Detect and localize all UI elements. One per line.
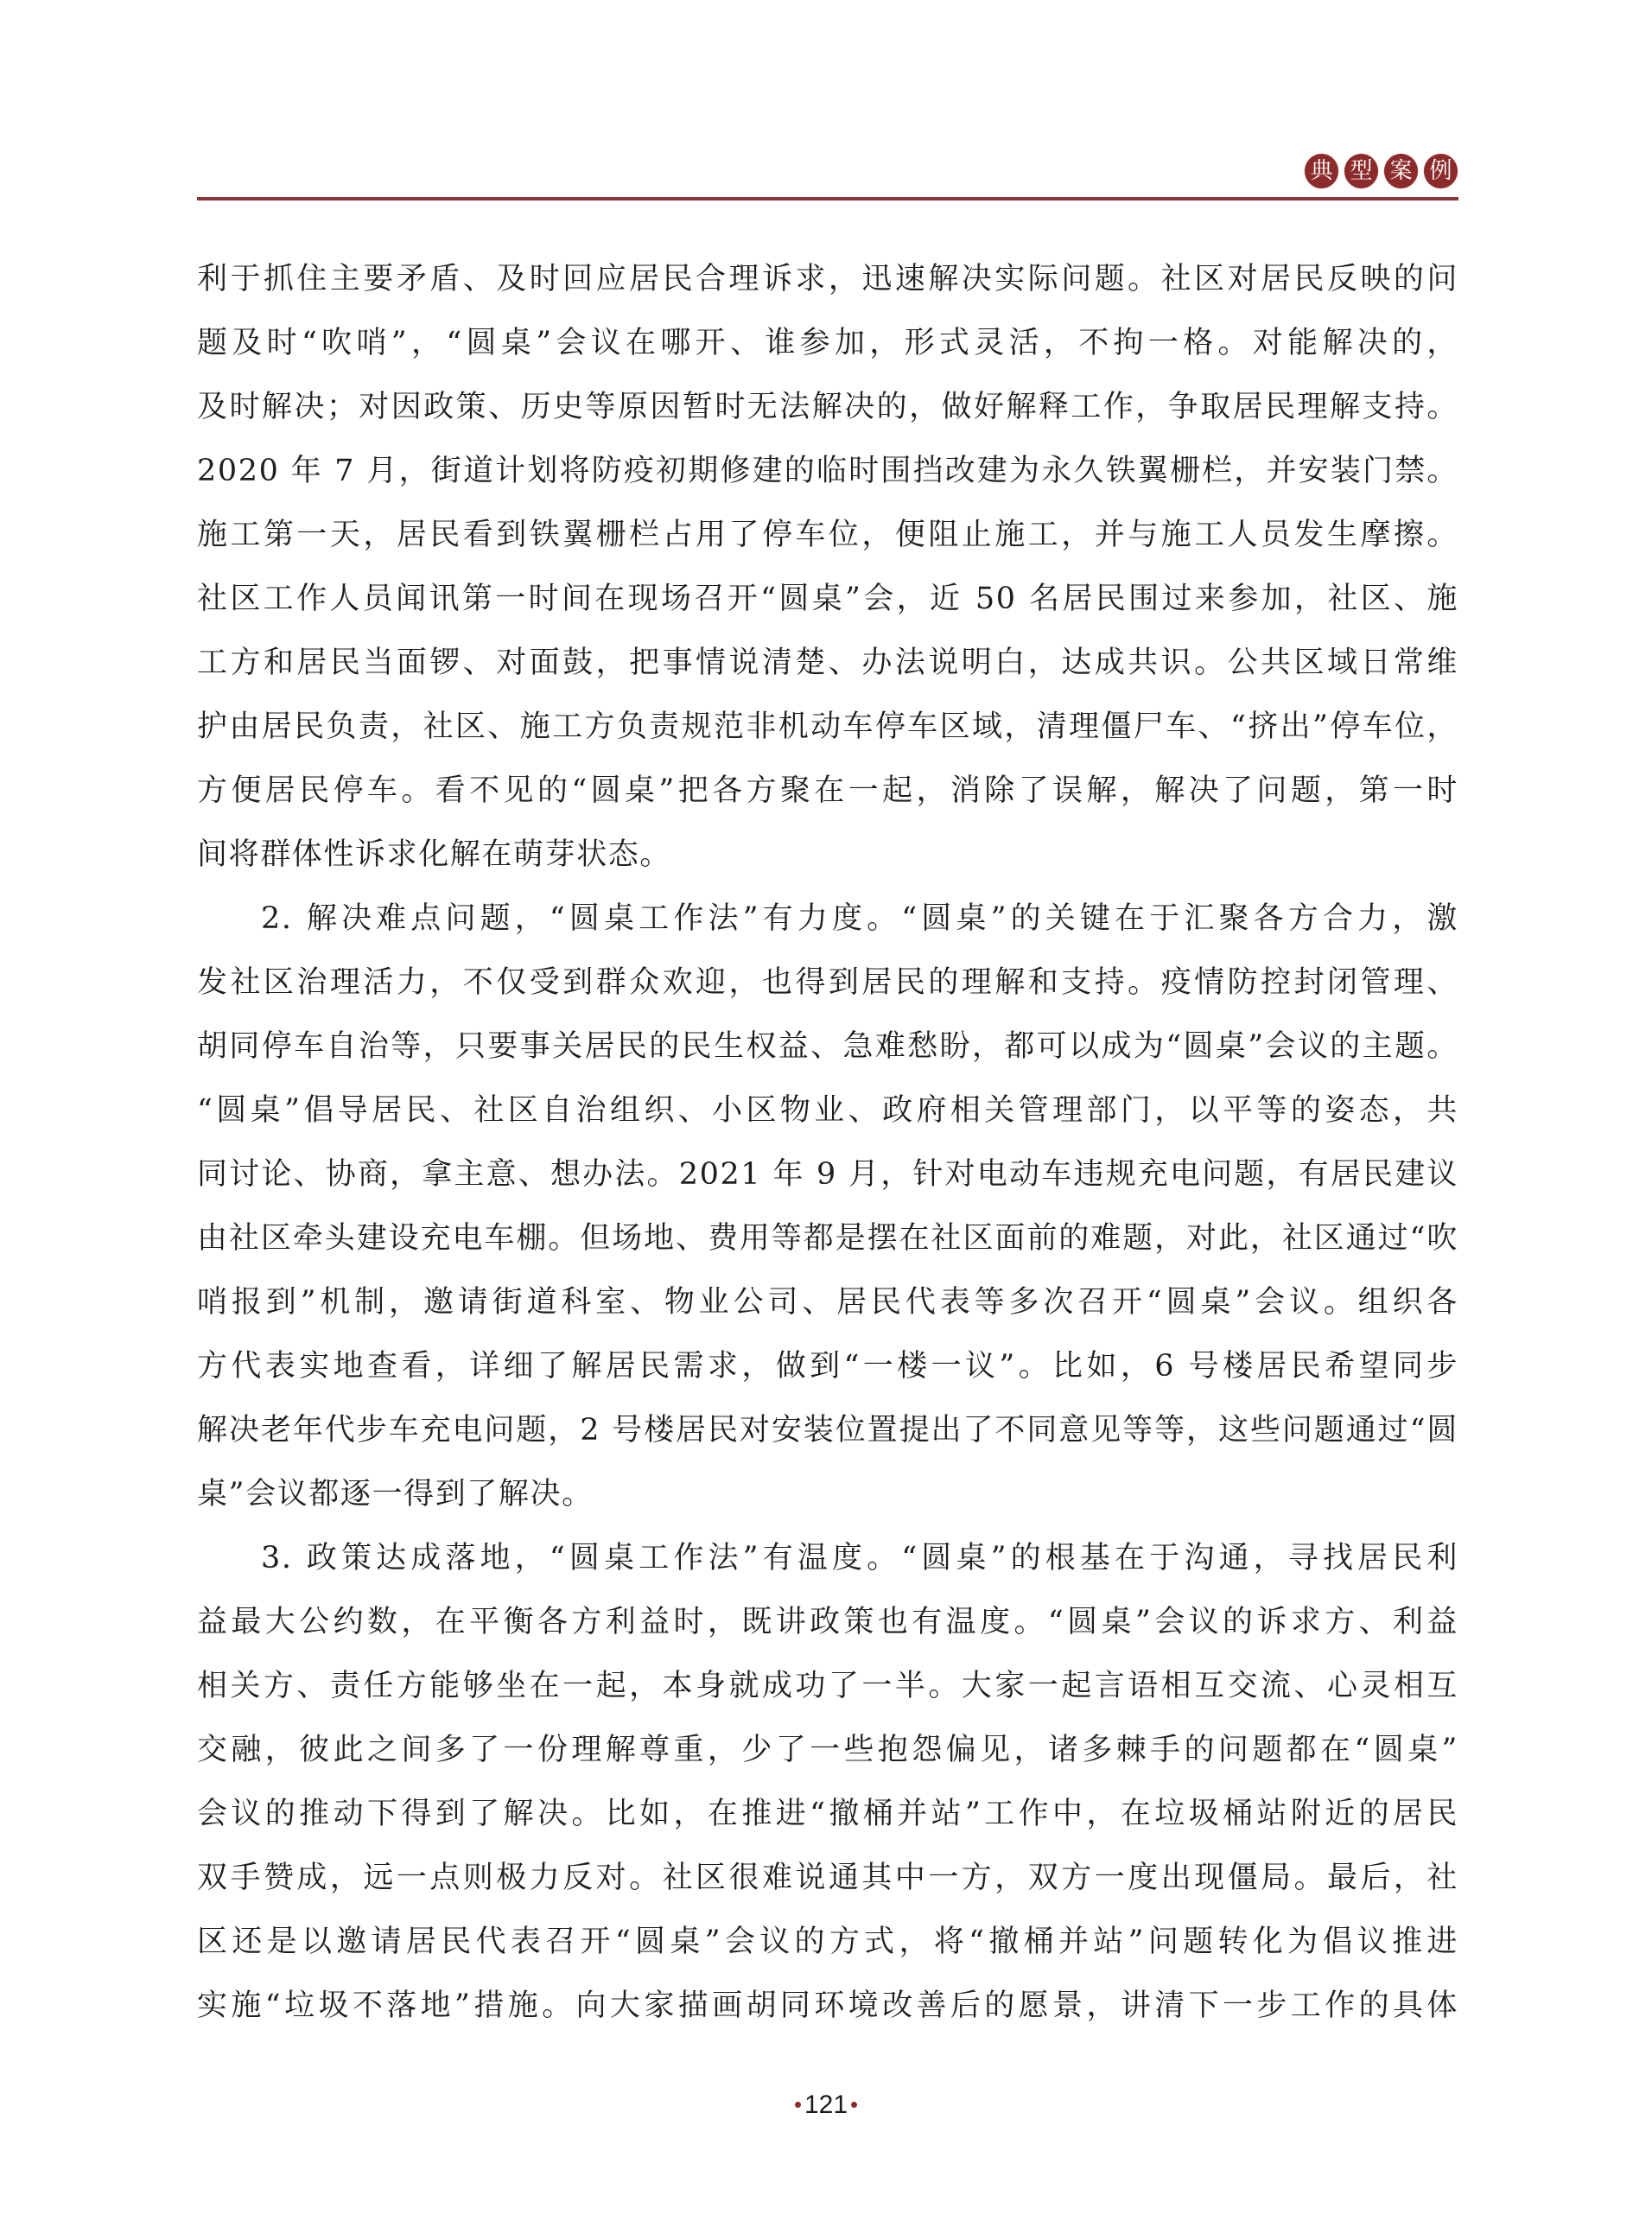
section-badge-char: 例 — [1424, 154, 1458, 188]
text-line: 2. 解决难点问题，“圆桌工作法”有力度。“圆桌”的关键在于汇聚各方合力，激 — [197, 887, 1458, 951]
bullet-dot-icon — [795, 2102, 801, 2108]
bullet-dot-icon — [851, 2102, 857, 2108]
section-title-badges: 典 型 案 例 — [1305, 154, 1458, 188]
text-line: 解决老年代步车充电问题，2 号楼居民对安装位置提出了不同意见等等，这些问题通过“… — [197, 1398, 1458, 1462]
section-badge-char: 典 — [1305, 154, 1338, 188]
text-line: 益最大公约数，在平衡各方利益时，既讲政策也有温度。“圆桌”会议的诉求方、利益 — [197, 1590, 1458, 1654]
text-line: 题及时“吹哨”，“圆桌”会议在哪开、谁参加，形式灵活，不拘一格。对能解决的， — [197, 311, 1458, 375]
text-line: 同讨论、协商，拿主意、想办法。2021 年 9 月，针对电动车违规充电问题，有居… — [197, 1142, 1458, 1206]
paragraph-1: 利于抓住主要矛盾、及时回应居民合理诉求，迅速解决实际问题。社区对居民反映的问 题… — [197, 247, 1458, 887]
text-line: 方便居民停车。看不见的“圆桌”把各方聚在一起，消除了误解，解决了问题，第一时 — [197, 759, 1458, 823]
paragraph-2: 2. 解决难点问题，“圆桌工作法”有力度。“圆桌”的关键在于汇聚各方合力，激 发… — [197, 887, 1458, 1526]
text-line: 间将群体性诉求化解在萌芽状态。 — [197, 823, 1458, 887]
text-line: 区还是以邀请居民代表召开“圆桌”会议的方式，将“撤桶并站”问题转化为倡议推进 — [197, 1910, 1458, 1974]
section-badge-char: 案 — [1384, 154, 1418, 188]
paragraph-3: 3. 政策达成落地，“圆桌工作法”有温度。“圆桌”的根基在于沟通，寻找居民利 益… — [197, 1526, 1458, 2038]
text-line: 双手赞成，远一点则极力反对。社区很难说通其中一方，双方一度出现僵局。最后，社 — [197, 1846, 1458, 1910]
text-line: 由社区牵头建设充电车棚。但场地、费用等都是摆在社区面前的难题，对此，社区通过“吹 — [197, 1206, 1458, 1270]
text-line: 施工第一天，居民看到铁翼栅栏占用了停车位，便阻止施工，并与施工人员发生摩擦。 — [197, 503, 1458, 567]
text-line: 实施“垃圾不落地”措施。向大家描画胡同环境改善后的愿景，讲清下一步工作的具体 — [197, 1974, 1458, 2038]
text-line: 方代表实地查看，详细了解居民需求，做到“一楼一议”。比如，6 号楼居民希望同步 — [197, 1334, 1458, 1398]
text-line: 交融，彼此之间多了一份理解尊重，少了一些抱怨偏见，诸多棘手的问题都在“圆桌” — [197, 1718, 1458, 1782]
text-line: 及时解决；对因政策、历史等原因暂时无法解决的，做好解释工作，争取居民理解支持。 — [197, 375, 1458, 439]
page-number-text: 121 — [804, 2090, 848, 2119]
text-line: 发社区治理活力，不仅受到群众欢迎，也得到居民的理解和支持。疫情防控封闭管理、 — [197, 951, 1458, 1015]
section-badge-char: 型 — [1344, 154, 1378, 188]
page-number: 121 — [0, 2090, 1652, 2121]
text-line: 胡同停车自治等，只要事关居民的民生权益、急难愁盼，都可以成为“圆桌”会议的主题。 — [197, 1015, 1458, 1079]
text-line: 3. 政策达成落地，“圆桌工作法”有温度。“圆桌”的根基在于沟通，寻找居民利 — [197, 1526, 1458, 1590]
text-line: 利于抓住主要矛盾、及时回应居民合理诉求，迅速解决实际问题。社区对居民反映的问 — [197, 247, 1458, 311]
body-text: 利于抓住主要矛盾、及时回应居民合理诉求，迅速解决实际问题。社区对居民反映的问 题… — [197, 247, 1458, 2038]
text-line: 2020 年 7 月，街道计划将防疫初期修建的临时围挡改建为永久铁翼栅栏，并安装… — [197, 439, 1458, 503]
text-line: 工方和居民当面锣、对面鼓，把事情说清楚、办法说明白，达成共识。公共区域日常维 — [197, 631, 1458, 695]
text-line: “圆桌”倡导居民、社区自治组织、小区物业、政府相关管理部门，以平等的姿态，共 — [197, 1079, 1458, 1142]
text-line: 护由居民负责，社区、施工方负责规范非机动车停车区域，清理僵尸车、“挤出”停车位， — [197, 695, 1458, 759]
text-line: 相关方、责任方能够坐在一起，本身就成功了一半。大家一起言语相互交流、心灵相互 — [197, 1654, 1458, 1718]
text-line: 桌”会议都逐一得到了解决。 — [197, 1462, 1458, 1526]
header-divider — [197, 197, 1458, 200]
text-line: 会议的推动下得到了解决。比如，在推进“撤桶并站”工作中，在垃圾桶站附近的居民 — [197, 1782, 1458, 1846]
text-line: 哨报到”机制，邀请街道科室、物业公司、居民代表等多次召开“圆桌”会议。组织各 — [197, 1270, 1458, 1334]
text-line: 社区工作人员闻讯第一时间在现场召开“圆桌”会，近 50 名居民围过来参加，社区、… — [197, 567, 1458, 631]
